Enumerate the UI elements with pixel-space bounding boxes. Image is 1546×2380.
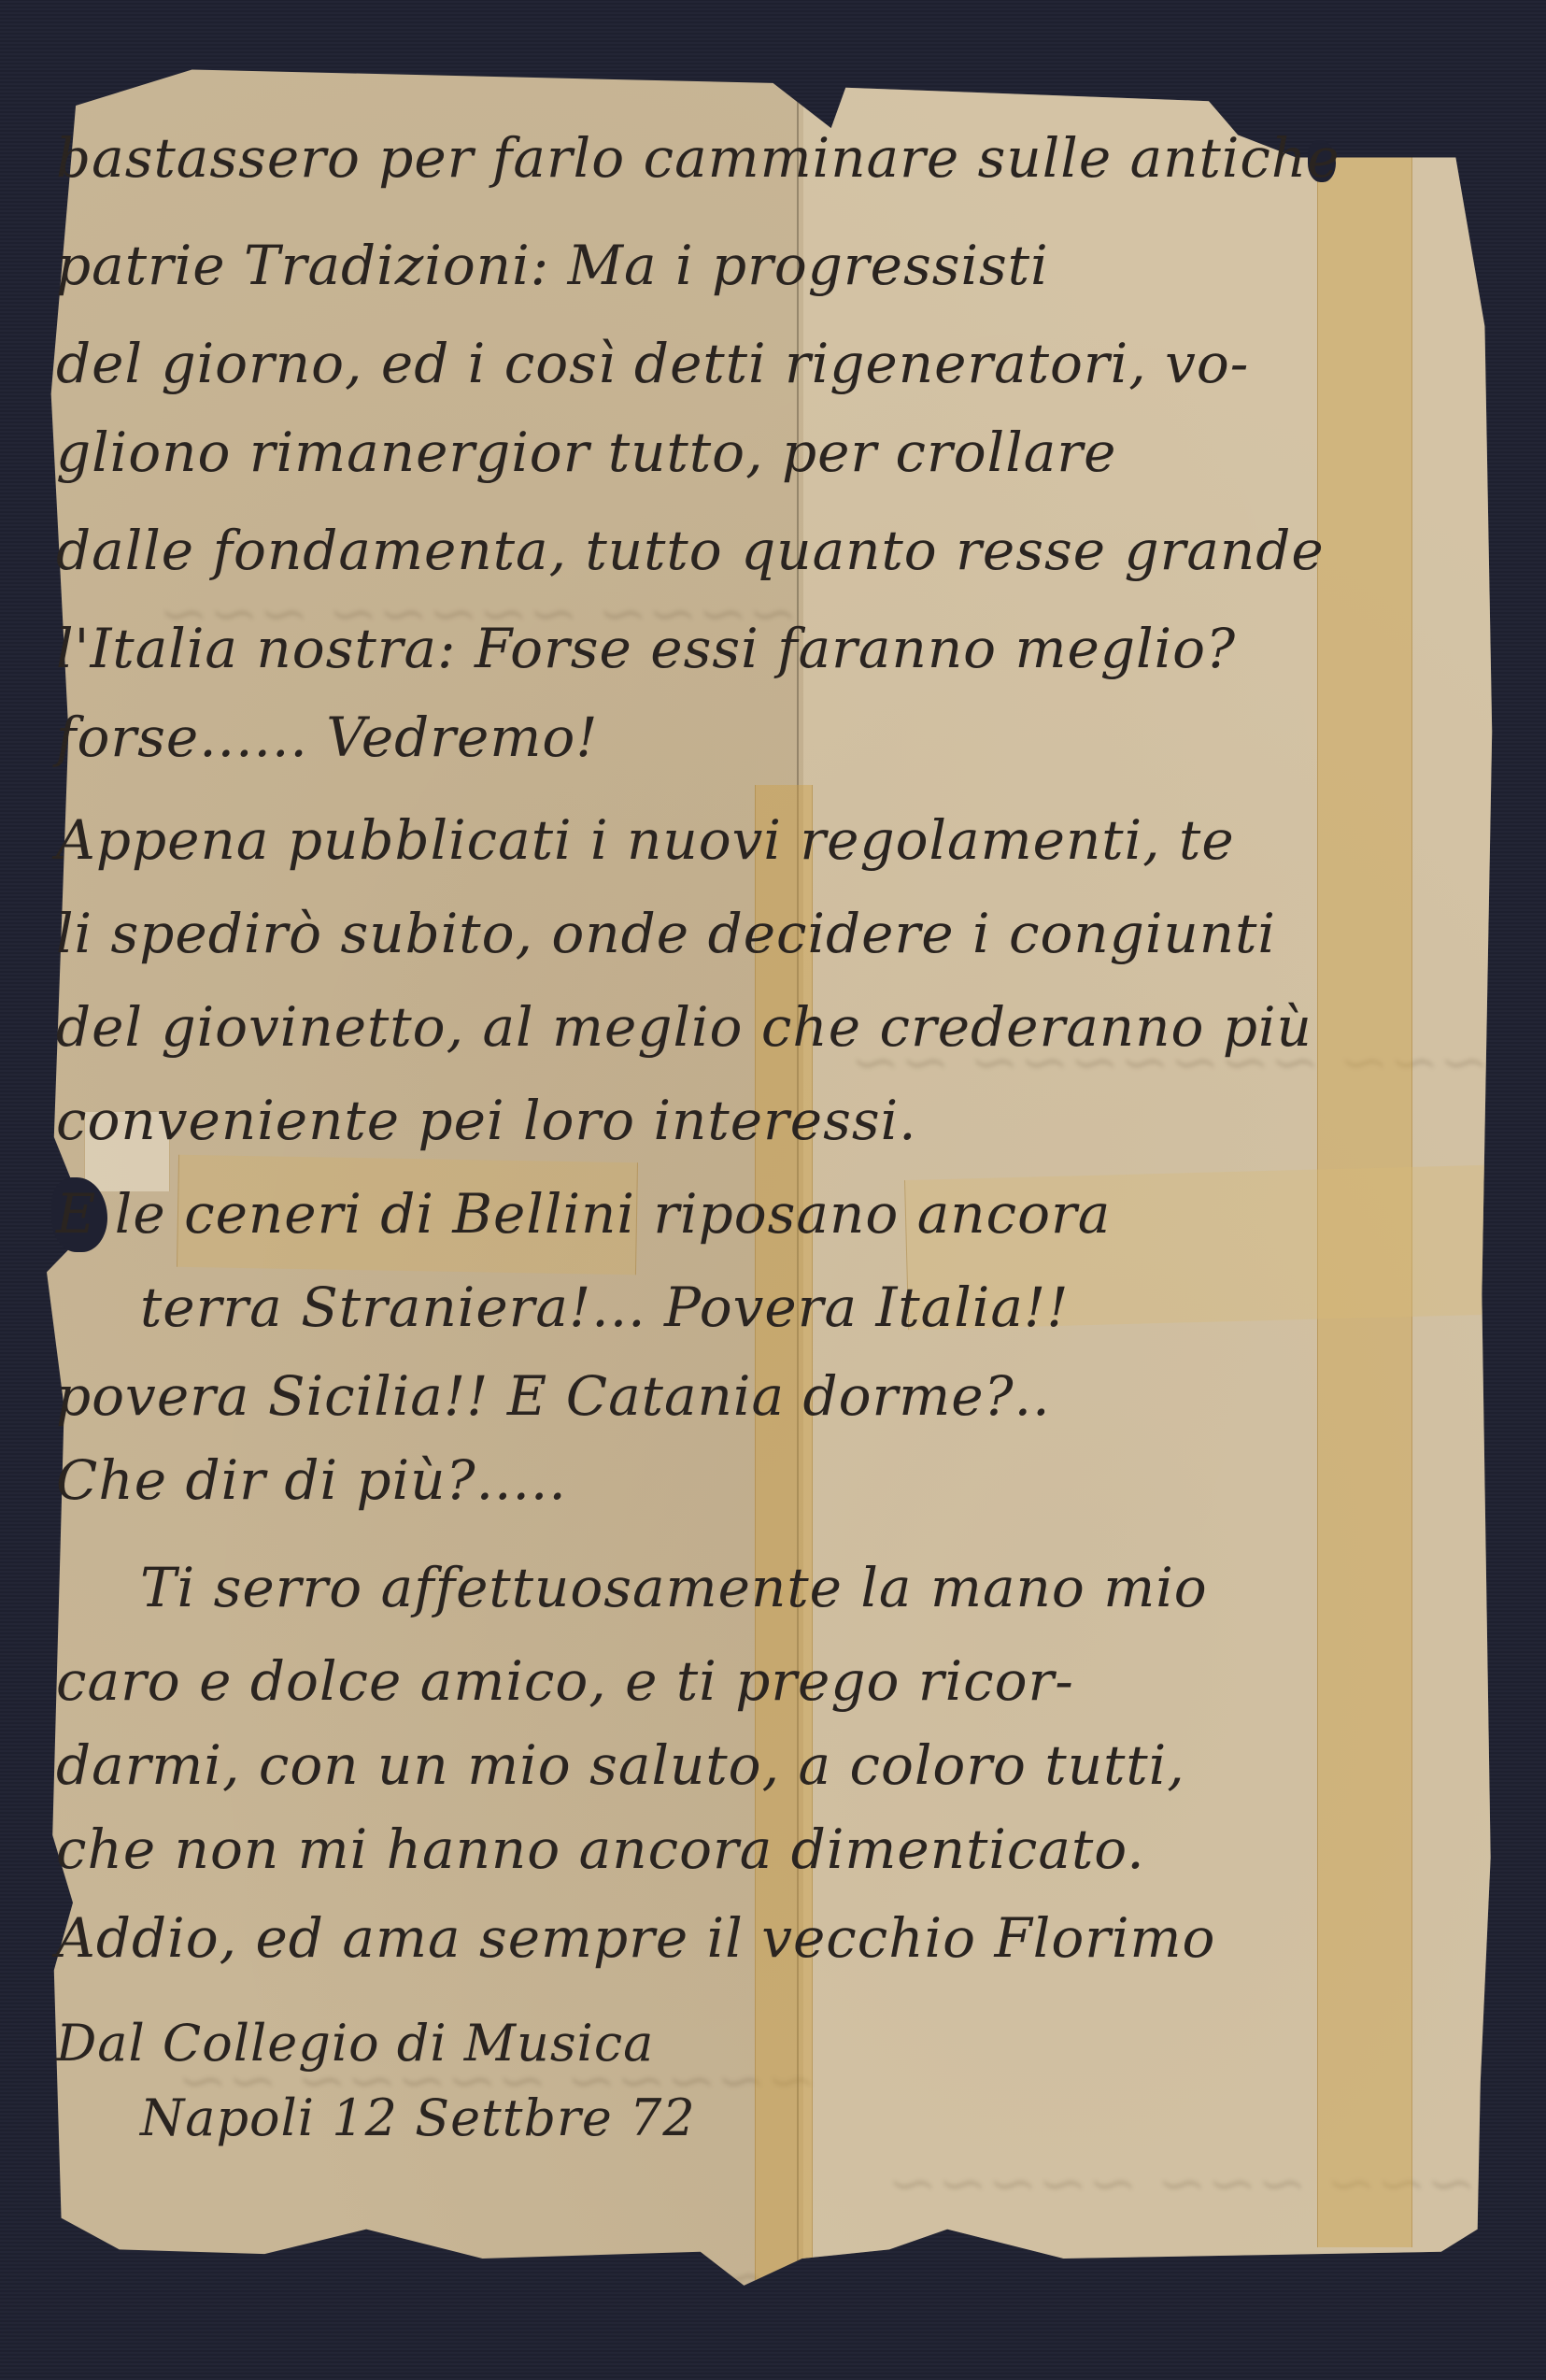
letter-line: del giorno, ed i così detti rigeneratori… <box>56 336 1249 391</box>
letter-line: Che dir di più?..... <box>56 1453 567 1507</box>
letter-line: terra Straniera!... Povera Italia!! <box>56 1280 1070 1334</box>
letter-line: gliono rimanergior tutto, per crollare <box>56 425 1116 479</box>
letter-line: che non mi hanno ancora dimenticato. <box>56 1822 1145 1876</box>
letter-line: caro e dolce amico, e ti prego ricor- <box>56 1654 1074 1708</box>
letter-line: conveniente pei loro interessi. <box>56 1093 917 1147</box>
letter-line: forse...... Vedremo! <box>56 710 599 764</box>
letter-line: patrie Tradizioni: Ma i progressisti <box>56 238 1049 292</box>
letter-line: li spedirò subito, onde decidere i congi… <box>56 906 1276 961</box>
show-through-ink: ~~~~ ~~~ ~~~~~ <box>887 2149 1526 2218</box>
letter-line: darmi, con un mio saluto, a coloro tutti… <box>56 1738 1185 1792</box>
closing-place: Dal Collegio di Musica <box>56 2018 654 2069</box>
letter-line: Addio, ed ama sempre il vecchio Florimo <box>56 1911 1215 1965</box>
letter-line: povera Sicilia!! E Catania dorme?.. <box>56 1369 1051 1423</box>
letter-line: Appena pubblicati i nuovi regolamenti, t… <box>56 813 1235 867</box>
letter-line: E le ceneri di Bellini riposano ancora <box>56 1187 1111 1241</box>
letter-line: bastassero per farlo camminare sulle ant… <box>56 131 1340 185</box>
letter-line: l'Italia nostra: Forse essi faranno megl… <box>56 621 1236 676</box>
letter-line: Ti serro affettuosamente la mano mio <box>56 1561 1208 1615</box>
letter-line: dalle fondamenta, tutto quanto resse gra… <box>56 523 1325 577</box>
closing-date: Napoli 12 Settbre 72 <box>56 2093 696 2144</box>
letter-line: del giovinetto, al meglio che crederanno… <box>56 1000 1312 1054</box>
